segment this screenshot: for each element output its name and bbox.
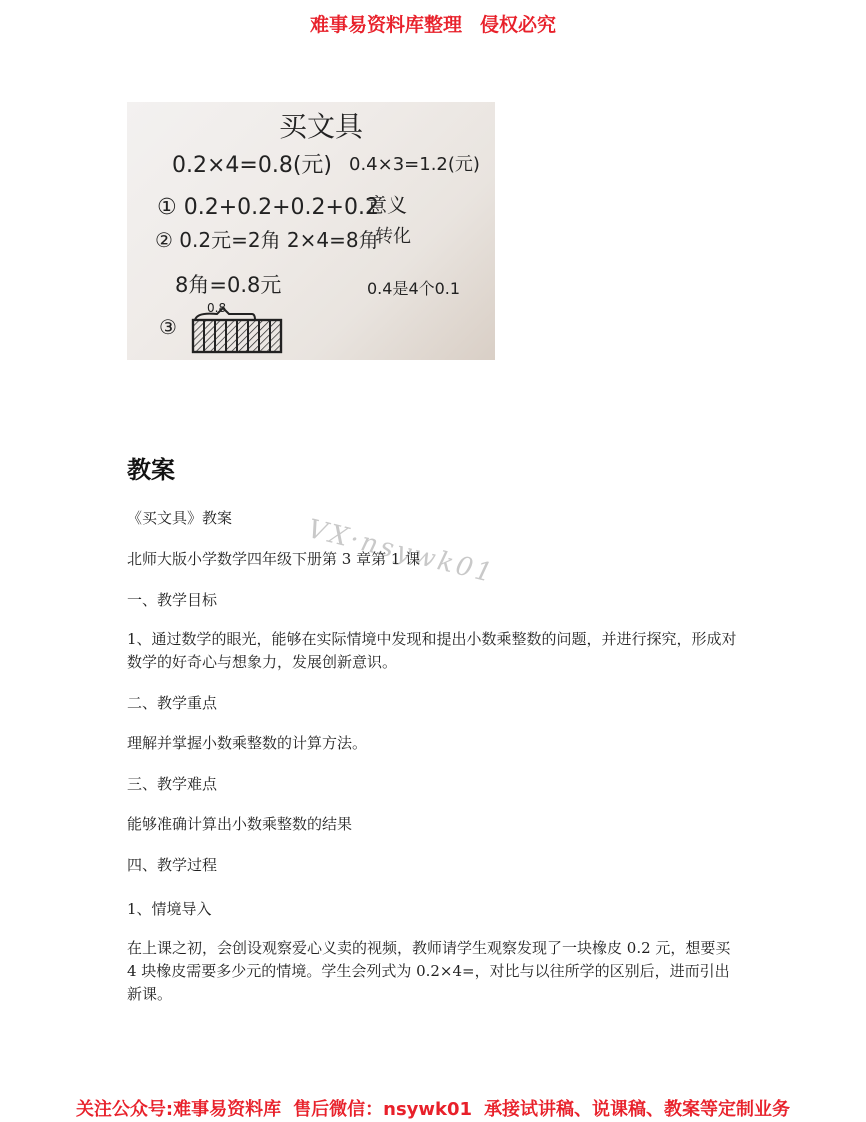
header-banner: 难事易资料库整理侵权必究 [0, 10, 866, 37]
heading-objectives: 一、教学目标 [127, 589, 737, 612]
heading-process: 四、教学过程 [127, 854, 737, 877]
footer-banner: 关注公众号:难事易资料库售后微信：nsywk01承接试讲稿、说课稿、教案等定制业… [0, 1095, 866, 1121]
photo-line3: ② 0.2元=2角 2×4=8角 [155, 228, 379, 252]
photo-line1b: 0.4×3=1.2(元) [349, 154, 480, 175]
photo-line4-note: 0.4是4个0.1 [367, 279, 460, 298]
difficulties-text: 能够准确计算出小数乘整数的结果 [127, 813, 737, 836]
footer-wechat: 售后微信：nsywk01 [293, 1099, 472, 1120]
photo-line5-marker: ③ [159, 315, 177, 339]
heading-difficulties: 三、教学难点 [127, 773, 737, 796]
doc-title: 《买文具》教案 [127, 507, 737, 530]
photo-line4: 8角=0.8元 [175, 273, 281, 297]
photo-line2-note: 意义 [367, 193, 407, 217]
objectives-text: 1、通过数学的眼光，能够在实际情境中发现和提出小数乘整数的问题，并进行探究，形成… [127, 628, 737, 674]
photo-line3-note: 转化 [375, 226, 411, 247]
subheading-intro: 1、情境导入 [127, 898, 737, 921]
footer-services: 承接试讲稿、说课稿、教案等定制业务 [484, 1099, 790, 1120]
section-title: 教案 [127, 450, 175, 485]
handwritten-notes-drawing: 买文具 0.2×4=0.8(元) 0.4×3=1.2(元) ① 0.2+0.2+… [127, 102, 495, 360]
photo-line1a: 0.2×4=0.8(元) [172, 153, 332, 178]
doc-subtitle: 北师大版小学数学四年级下册第 3 章第 1 课 [127, 548, 737, 571]
handwritten-notes-photo: 买文具 0.2×4=0.8(元) 0.4×3=1.2(元) ① 0.2+0.2+… [127, 102, 495, 360]
key-points-text: 理解并掌握小数乘整数的计算方法。 [127, 732, 737, 755]
footer-follow: 关注公众号:难事易资料库 [76, 1099, 281, 1120]
heading-key-points: 二、教学重点 [127, 692, 737, 715]
intro-text: 在上课之初，会创设观察爱心义卖的视频，教师请学生观察发现了一块橡皮 0.2 元，… [127, 937, 737, 1006]
header-title: 难事易资料库整理 [310, 14, 462, 36]
header-copyright: 侵权必究 [480, 14, 556, 36]
photo-line2: ① 0.2+0.2+0.2+0.2 [157, 195, 379, 220]
photo-title: 买文具 [279, 110, 365, 143]
